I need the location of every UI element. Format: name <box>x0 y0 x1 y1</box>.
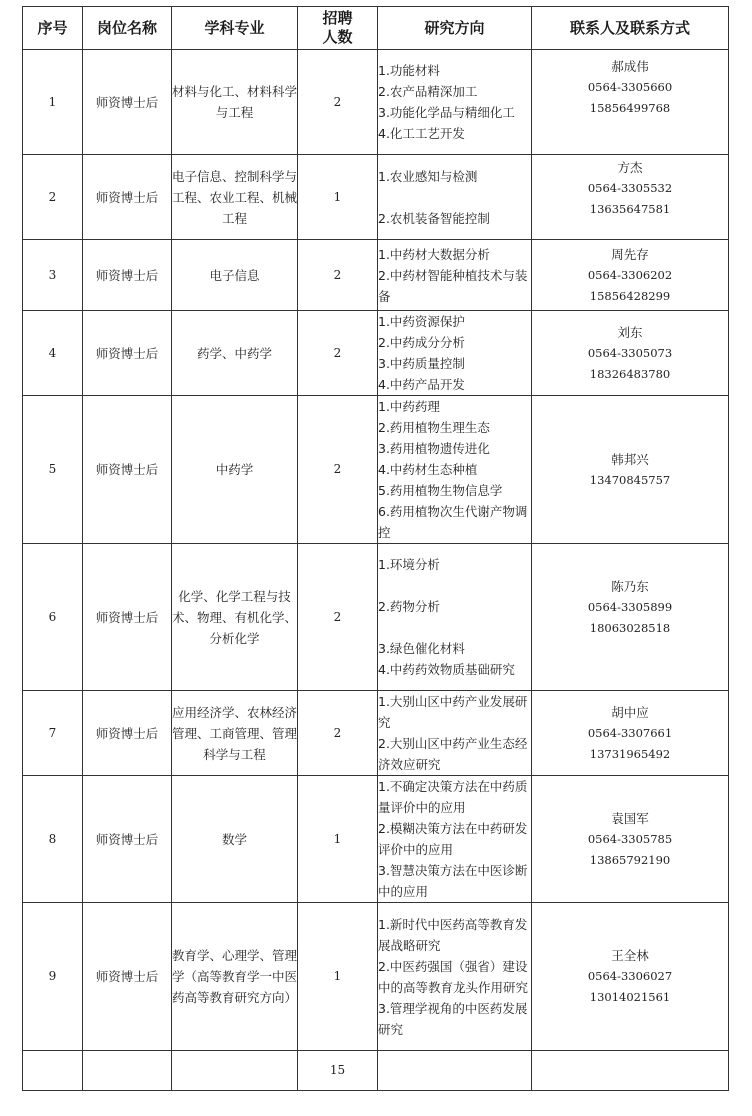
row-count: 2 <box>298 50 378 155</box>
row-count: 2 <box>298 311 378 396</box>
contact-name: 方杰 <box>532 157 728 178</box>
header-count-line2: 人数 <box>298 28 377 47</box>
row-major: 材料与化工、材料科学与工程 <box>172 50 298 155</box>
header-count: 招聘 人数 <box>298 7 378 50</box>
table-row: 7 师资博士后 应用经济学、农林经济管理、工商管理、管理科学与工程 2 1.大别… <box>23 691 729 776</box>
direction-item: 4.中药药效物质基础研究 <box>378 659 531 680</box>
table-row: 2 师资博士后 电子信息、控制科学与工程、农业工程、机械工程 1 1.农业感知与… <box>23 155 729 240</box>
total-empty-cell <box>532 1051 729 1091</box>
header-count-line1: 招聘 <box>298 9 377 28</box>
contact-office-phone: 0564-3305660 <box>532 77 728 98</box>
row-contact: 袁国军 0564-3305785 13865792190 <box>532 776 729 903</box>
row-count: 1 <box>298 903 378 1051</box>
recruitment-table: 序号 岗位名称 学科专业 招聘 人数 研究方向 联系人及联系方式 1 师资博士后… <box>22 6 729 1091</box>
row-position: 师资博士后 <box>83 776 172 903</box>
row-major: 电子信息 <box>172 240 298 311</box>
row-major: 药学、中药学 <box>172 311 298 396</box>
total-row: 15 <box>23 1051 729 1091</box>
direction-item: 1.功能材料 <box>378 60 531 81</box>
row-contact: 方杰 0564-3305532 13635647581 <box>532 155 729 240</box>
row-position: 师资博士后 <box>83 691 172 776</box>
direction-item: 2.中药成分分析 <box>378 332 531 353</box>
total-empty-cell <box>172 1051 298 1091</box>
header-directions: 研究方向 <box>378 7 532 50</box>
row-position: 师资博士后 <box>83 396 172 544</box>
table-row: 4 师资博士后 药学、中药学 2 1.中药资源保护 2.中药成分分析 3.中药质… <box>23 311 729 396</box>
direction-item: 2.模糊决策方法在中药研发评价中的应用 <box>378 818 531 860</box>
contact-name: 郝成伟 <box>532 56 728 77</box>
row-directions: 1.大别山区中药产业发展研究 2.大别山区中药产业生态经济效应研究 <box>378 691 532 776</box>
table-row: 3 师资博士后 电子信息 2 1.中药材大数据分析 2.中药材智能种植技术与装备… <box>23 240 729 311</box>
row-no: 5 <box>23 396 83 544</box>
direction-item: 1.大别山区中药产业发展研究 <box>378 691 531 733</box>
direction-item: 5.药用植物生物信息学 <box>378 480 531 501</box>
direction-item: 1.中药材大数据分析 <box>378 244 531 265</box>
row-count: 2 <box>298 396 378 544</box>
row-contact: 韩邦兴 13470845757 <box>532 396 729 544</box>
line-gap <box>378 575 531 596</box>
row-directions: 1.中药资源保护 2.中药成分分析 3.中药质量控制 4.中药产品开发 <box>378 311 532 396</box>
row-no: 2 <box>23 155 83 240</box>
header-major: 学科专业 <box>172 7 298 50</box>
row-contact: 王全林 0564-3306027 13014021561 <box>532 903 729 1051</box>
direction-item: 3.中药质量控制 <box>378 353 531 374</box>
table-row: 6 师资博士后 化学、化学工程与技术、物理、有机化学、分析化学 2 1.环境分析… <box>23 544 729 691</box>
row-directions: 1.不确定决策方法在中药质量评价中的应用 2.模糊决策方法在中药研发评价中的应用… <box>378 776 532 903</box>
row-count: 1 <box>298 155 378 240</box>
header-no: 序号 <box>23 7 83 50</box>
contact-mobile: 18326483780 <box>532 364 728 385</box>
contact-office-phone: 0564-3305785 <box>532 829 728 850</box>
total-empty-cell <box>378 1051 532 1091</box>
row-directions: 1.中药药理 2.药用植物生理生态 3.药用植物遗传进化 4.中药材生态种植 5… <box>378 396 532 544</box>
direction-item: 1.农业感知与检测 <box>378 166 531 187</box>
row-no: 6 <box>23 544 83 691</box>
row-directions: 1.功能材料 2.农产品精深加工 3.功能化学品与精细化工 4.化工工艺开发 <box>378 50 532 155</box>
direction-item: 3.智慧决策方法在中医诊断中的应用 <box>378 860 531 902</box>
direction-item: 2.药用植物生理生态 <box>378 417 531 438</box>
line-gap <box>378 617 531 638</box>
row-major: 教育学、心理学、管理学（高等教育学一中医药高等教育研究方向） <box>172 903 298 1051</box>
direction-item: 1.中药药理 <box>378 396 531 417</box>
contact-office-phone: 0564-3306027 <box>532 966 728 987</box>
direction-item: 2.农产品精深加工 <box>378 81 531 102</box>
direction-item: 2.药物分析 <box>378 596 531 617</box>
row-directions: 1.新时代中医药高等教育发展战略研究 2.中医药强国（强省）建设中的高等教育龙头… <box>378 903 532 1051</box>
direction-item: 2.中药材智能种植技术与装备 <box>378 265 531 307</box>
table-row: 1 师资博士后 材料与化工、材料科学与工程 2 1.功能材料 2.农产品精深加工… <box>23 50 729 155</box>
direction-item: 4.中药材生态种植 <box>378 459 531 480</box>
contact-name: 胡中应 <box>532 702 728 723</box>
row-contact: 胡中应 0564-3307661 13731965492 <box>532 691 729 776</box>
row-count: 2 <box>298 544 378 691</box>
direction-item: 4.化工工艺开发 <box>378 123 531 144</box>
row-contact: 刘东 0564-3305073 18326483780 <box>532 311 729 396</box>
row-position: 师资博士后 <box>83 544 172 691</box>
total-count: 15 <box>298 1051 378 1091</box>
contact-name: 袁国军 <box>532 808 728 829</box>
contact-name: 王全林 <box>532 945 728 966</box>
direction-item: 3.管理学视角的中医药发展研究 <box>378 998 531 1040</box>
contact-name: 韩邦兴 <box>532 449 728 470</box>
direction-item: 1.新时代中医药高等教育发展战略研究 <box>378 914 531 956</box>
row-major: 电子信息、控制科学与工程、农业工程、机械工程 <box>172 155 298 240</box>
header-position: 岗位名称 <box>83 7 172 50</box>
contact-name: 刘东 <box>532 322 728 343</box>
direction-item: 4.中药产品开发 <box>378 374 531 395</box>
direction-item: 3.绿色催化材料 <box>378 638 531 659</box>
direction-item: 1.中药资源保护 <box>378 311 531 332</box>
table-row: 8 师资博士后 数学 1 1.不确定决策方法在中药质量评价中的应用 2.模糊决策… <box>23 776 729 903</box>
row-position: 师资博士后 <box>83 311 172 396</box>
row-major: 化学、化学工程与技术、物理、有机化学、分析化学 <box>172 544 298 691</box>
row-directions: 1.中药材大数据分析 2.中药材智能种植技术与装备 <box>378 240 532 311</box>
contact-name: 周先存 <box>532 244 728 265</box>
row-no: 9 <box>23 903 83 1051</box>
row-no: 3 <box>23 240 83 311</box>
row-contact: 周先存 0564-3306202 15856428299 <box>532 240 729 311</box>
contact-mobile: 13470845757 <box>532 470 728 491</box>
row-count: 2 <box>298 691 378 776</box>
contact-name: 陈乃东 <box>532 576 728 597</box>
direction-item: 1.环境分析 <box>378 554 531 575</box>
direction-item: 3.功能化学品与精细化工 <box>378 102 531 123</box>
row-major: 中药学 <box>172 396 298 544</box>
row-directions: 1.农业感知与检测 2.农机装备智能控制 <box>378 155 532 240</box>
row-count: 2 <box>298 240 378 311</box>
table-row: 5 师资博士后 中药学 2 1.中药药理 2.药用植物生理生态 3.药用植物遗传… <box>23 396 729 544</box>
direction-item: 2.中医药强国（强省）建设中的高等教育龙头作用研究 <box>378 956 531 998</box>
contact-office-phone: 0564-3305073 <box>532 343 728 364</box>
direction-item: 3.药用植物遗传进化 <box>378 438 531 459</box>
contact-office-phone: 0564-3306202 <box>532 265 728 286</box>
row-directions: 1.环境分析 2.药物分析 3.绿色催化材料 4.中药药效物质基础研究 <box>378 544 532 691</box>
row-major: 数学 <box>172 776 298 903</box>
line-gap <box>378 187 531 208</box>
row-count: 1 <box>298 776 378 903</box>
row-position: 师资博士后 <box>83 155 172 240</box>
header-contact: 联系人及联系方式 <box>532 7 729 50</box>
row-position: 师资博士后 <box>83 240 172 311</box>
contact-mobile: 15856499768 <box>532 98 728 119</box>
row-no: 7 <box>23 691 83 776</box>
contact-mobile: 13014021561 <box>532 987 728 1008</box>
total-empty-cell <box>83 1051 172 1091</box>
row-position: 师资博士后 <box>83 903 172 1051</box>
row-position: 师资博士后 <box>83 50 172 155</box>
direction-item: 2.大别山区中药产业生态经济效应研究 <box>378 733 531 775</box>
row-contact: 陈乃东 0564-3305899 18063028518 <box>532 544 729 691</box>
row-no: 8 <box>23 776 83 903</box>
contact-mobile: 13865792190 <box>532 850 728 871</box>
contact-mobile: 18063028518 <box>532 618 728 639</box>
direction-item: 2.农机装备智能控制 <box>378 208 531 229</box>
contact-mobile: 13635647581 <box>532 199 728 220</box>
row-major: 应用经济学、农林经济管理、工商管理、管理科学与工程 <box>172 691 298 776</box>
row-no: 1 <box>23 50 83 155</box>
direction-item: 6.药用植物次生代谢产物调控 <box>378 501 531 543</box>
row-no: 4 <box>23 311 83 396</box>
direction-item: 1.不确定决策方法在中药质量评价中的应用 <box>378 776 531 818</box>
header-row: 序号 岗位名称 学科专业 招聘 人数 研究方向 联系人及联系方式 <box>23 7 729 50</box>
contact-office-phone: 0564-3307661 <box>532 723 728 744</box>
table-row: 9 师资博士后 教育学、心理学、管理学（高等教育学一中医药高等教育研究方向） 1… <box>23 903 729 1051</box>
contact-office-phone: 0564-3305532 <box>532 178 728 199</box>
row-contact: 郝成伟 0564-3305660 15856499768 <box>532 50 729 155</box>
contact-mobile: 13731965492 <box>532 744 728 765</box>
total-empty-cell <box>23 1051 83 1091</box>
contact-office-phone: 0564-3305899 <box>532 597 728 618</box>
contact-mobile: 15856428299 <box>532 286 728 307</box>
